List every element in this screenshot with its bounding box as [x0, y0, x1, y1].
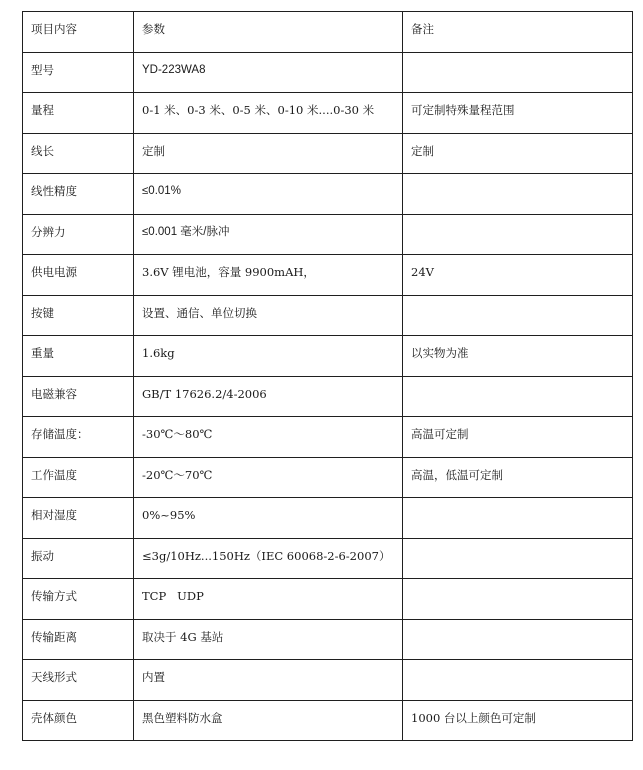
param-value: TCP UDP	[142, 579, 402, 604]
item-cell: 分辨力	[23, 214, 134, 255]
item-label: 相对湿度	[31, 498, 133, 523]
param-value: 黑色塑料防水盒	[142, 701, 402, 726]
param-value: 3.6V 锂电池，容量 9900mAH，	[142, 255, 402, 280]
note-value	[411, 53, 632, 62]
item-cell: 存储温度：	[23, 417, 134, 458]
item-cell: 按键	[23, 295, 134, 336]
param-value: 取决于 4G 基站	[142, 620, 402, 645]
item-label: 型号	[31, 53, 133, 78]
note-value: 可定制特殊量程范围	[411, 93, 632, 118]
param-value: 0-1 米、0-3 米、0-5 米、0-10 米....0-30 米	[142, 93, 402, 118]
param-cell: 0-1 米、0-3 米、0-5 米、0-10 米....0-30 米	[134, 93, 403, 134]
item-label: 振动	[31, 539, 133, 564]
param-cell: 取决于 4G 基站	[134, 619, 403, 660]
table-row-vibration: 振动 ≤3g/10Hz...150Hz（IEC 60068-2-6-2007）	[23, 538, 633, 579]
item-cell: 重量	[23, 336, 134, 377]
note-value	[411, 174, 632, 183]
param-cell: -20℃～70℃	[134, 457, 403, 498]
table-row-emc: 电磁兼容 GB/T 17626.2/4-2006	[23, 376, 633, 417]
document-page: 项目内容 参数 备注 型号 YD-223WA8 量程 0-1 米、0-3 米、0…	[0, 0, 643, 770]
param-cell: YD-223WA8	[134, 52, 403, 93]
param-value: 1.6kg	[142, 336, 402, 361]
item-label: 传输方式	[31, 579, 133, 604]
note-value	[411, 498, 632, 507]
item-label: 壳体颜色	[31, 701, 133, 726]
param-value: -20℃～70℃	[142, 458, 402, 483]
table-row-linearity: 线性精度 ≤0.01%	[23, 174, 633, 215]
spec-table: 项目内容 参数 备注 型号 YD-223WA8 量程 0-1 米、0-3 米、0…	[22, 11, 633, 741]
note-value: 以实物为准	[411, 336, 632, 361]
note-value: 1000 台以上颜色可定制	[411, 701, 632, 726]
table-row-range: 量程 0-1 米、0-3 米、0-5 米、0-10 米....0-30 米 可定…	[23, 93, 633, 134]
table-row-model: 型号 YD-223WA8	[23, 52, 633, 93]
item-cell: 壳体颜色	[23, 700, 134, 741]
header-cell-item: 项目内容	[23, 12, 134, 53]
header-item-label: 项目内容	[31, 12, 133, 37]
note-cell	[403, 538, 633, 579]
note-cell	[403, 52, 633, 93]
note-cell	[403, 295, 633, 336]
item-label: 重量	[31, 336, 133, 361]
param-cell: 0%~95%	[134, 498, 403, 539]
param-cell: 内置	[134, 660, 403, 701]
note-value	[411, 579, 632, 588]
note-value	[411, 296, 632, 305]
note-value	[411, 377, 632, 386]
param-cell: ≤3g/10Hz...150Hz（IEC 60068-2-6-2007）	[134, 538, 403, 579]
note-cell	[403, 579, 633, 620]
item-cell: 相对湿度	[23, 498, 134, 539]
table-row-transmission-distance: 传输距离 取决于 4G 基站	[23, 619, 633, 660]
item-cell: 电磁兼容	[23, 376, 134, 417]
item-cell: 线长	[23, 133, 134, 174]
note-cell	[403, 174, 633, 215]
table-row-housing-color: 壳体颜色 黑色塑料防水盒 1000 台以上颜色可定制	[23, 700, 633, 741]
table-row-buttons: 按键 设置、通信、单位切换	[23, 295, 633, 336]
note-value	[411, 660, 632, 669]
note-value: 24V	[411, 255, 632, 280]
table-row-storage-temp: 存储温度： -30℃～80℃ 高温可定制	[23, 417, 633, 458]
note-value: 高温，低温可定制	[411, 458, 632, 483]
table-row-resolution: 分辨力 ≤0.001 毫米/脉冲	[23, 214, 633, 255]
note-value	[411, 215, 632, 224]
param-cell: 设置、通信、单位切换	[134, 295, 403, 336]
param-value: -30℃～80℃	[142, 417, 402, 442]
header-cell-param: 参数	[134, 12, 403, 53]
header-param-label: 参数	[142, 12, 402, 37]
item-label: 线长	[31, 134, 133, 159]
note-cell: 1000 台以上颜色可定制	[403, 700, 633, 741]
table-row-weight: 重量 1.6kg 以实物为准	[23, 336, 633, 377]
table-row-operating-temp: 工作温度 -20℃～70℃ 高温，低温可定制	[23, 457, 633, 498]
note-cell	[403, 619, 633, 660]
table-row-power-supply: 供电电源 3.6V 锂电池，容量 9900mAH， 24V	[23, 255, 633, 296]
note-cell	[403, 214, 633, 255]
param-value: GB/T 17626.2/4-2006	[142, 377, 402, 402]
item-cell: 量程	[23, 93, 134, 134]
param-cell: 1.6kg	[134, 336, 403, 377]
table-row-transmission-mode: 传输方式 TCP UDP	[23, 579, 633, 620]
param-cell: GB/T 17626.2/4-2006	[134, 376, 403, 417]
item-cell: 线性精度	[23, 174, 134, 215]
param-value: ≤0.01%	[142, 174, 402, 199]
item-cell: 传输距离	[23, 619, 134, 660]
header-cell-note: 备注	[403, 12, 633, 53]
param-cell: 定制	[134, 133, 403, 174]
item-label: 电磁兼容	[31, 377, 133, 402]
param-cell: ≤0.001 毫米/脉冲	[134, 214, 403, 255]
param-value: 内置	[142, 660, 402, 685]
param-value: YD-223WA8	[142, 53, 402, 78]
table-row-antenna: 天线形式 内置	[23, 660, 633, 701]
item-cell: 型号	[23, 52, 134, 93]
item-label: 分辨力	[31, 215, 133, 240]
param-cell: 黑色塑料防水盒	[134, 700, 403, 741]
item-label: 工作温度	[31, 458, 133, 483]
item-cell: 供电电源	[23, 255, 134, 296]
note-value	[411, 620, 632, 629]
item-label: 线性精度	[31, 174, 133, 199]
note-cell: 高温，低温可定制	[403, 457, 633, 498]
item-label: 存储温度：	[31, 417, 133, 442]
note-cell	[403, 376, 633, 417]
item-cell: 工作温度	[23, 457, 134, 498]
item-label: 天线形式	[31, 660, 133, 685]
param-value: ≤3g/10Hz...150Hz（IEC 60068-2-6-2007）	[142, 539, 402, 564]
note-cell: 以实物为准	[403, 336, 633, 377]
param-cell: -30℃～80℃	[134, 417, 403, 458]
param-value: 0%~95%	[142, 498, 402, 523]
table-header-row: 项目内容 参数 备注	[23, 12, 633, 53]
item-label: 按键	[31, 296, 133, 321]
note-value	[411, 539, 632, 548]
note-cell: 定制	[403, 133, 633, 174]
note-cell: 24V	[403, 255, 633, 296]
param-value: 定制	[142, 134, 402, 159]
item-cell: 传输方式	[23, 579, 134, 620]
note-value: 定制	[411, 134, 632, 159]
item-label: 量程	[31, 93, 133, 118]
item-cell: 天线形式	[23, 660, 134, 701]
note-cell: 高温可定制	[403, 417, 633, 458]
item-label: 供电电源	[31, 255, 133, 280]
param-value: 设置、通信、单位切换	[142, 296, 402, 321]
note-cell	[403, 660, 633, 701]
note-cell: 可定制特殊量程范围	[403, 93, 633, 134]
note-value: 高温可定制	[411, 417, 632, 442]
table-row-humidity: 相对湿度 0%~95%	[23, 498, 633, 539]
table-row-cable-length: 线长 定制 定制	[23, 133, 633, 174]
param-cell: 3.6V 锂电池，容量 9900mAH，	[134, 255, 403, 296]
note-cell	[403, 498, 633, 539]
item-cell: 振动	[23, 538, 134, 579]
param-cell: ≤0.01%	[134, 174, 403, 215]
item-label: 传输距离	[31, 620, 133, 645]
param-cell: TCP UDP	[134, 579, 403, 620]
header-note-label: 备注	[411, 12, 632, 37]
param-value: ≤0.001 毫米/脉冲	[142, 215, 402, 240]
